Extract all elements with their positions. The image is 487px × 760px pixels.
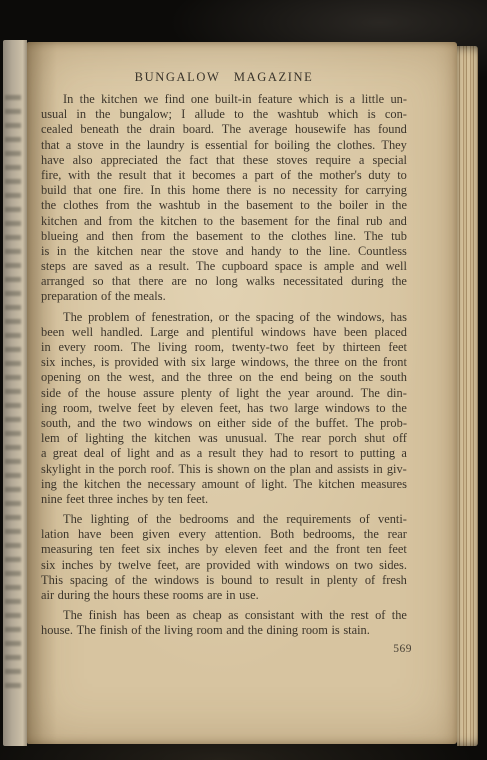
text-line: ninefeetthreeinchesbytenfeet. — [41, 492, 407, 507]
text-line: havealsoappreciatedthefactthatthesestove… — [41, 153, 407, 168]
page-edge-stack — [457, 46, 478, 746]
paragraph: Inthekitchenwefindonebuilt-infeaturewhic… — [41, 92, 407, 305]
text-line: isinthekitchennearthestoveandhandytothel… — [41, 244, 407, 259]
facing-page-strip — [3, 40, 27, 746]
text-line: house.Thefinishofthelivingroomandthedini… — [41, 623, 407, 638]
text-line: thatastoveinthelaundryisessentialforboil… — [41, 138, 407, 153]
text-line: skylightintheporchroof.Thisisshownonthep… — [41, 462, 407, 477]
text-line: sideofthehouseassureplentyoflighttheyear… — [41, 386, 407, 401]
text-line: kitchenandfromthekitchentothebasementfor… — [41, 214, 407, 229]
text-line: openingonthewest,andthethreeontheendbein… — [41, 370, 407, 385]
text-line: ingroom,twelvefeetbyelevenfeet,hastwolar… — [41, 401, 407, 416]
text-line: Thefinishhasbeenascheapasconsistantwitht… — [41, 608, 407, 623]
text-line: ineveryroom.Thelivingroom,twenty-twofeet… — [41, 340, 407, 355]
page-number: 569 — [393, 643, 412, 655]
text-line: measuringtenfeetsixinchesbyelevenfeetand… — [41, 542, 407, 557]
text-line: cealedbeneaththedrainboard.Theaveragehou… — [41, 122, 407, 137]
text-line: sixinches,isprovidedwithsixlargewindows,… — [41, 355, 407, 370]
text-line: stepsaresavedasaresult.Thecupboardspacei… — [41, 259, 407, 274]
text-line: ingthekitchenthenecessaryamountoflight.T… — [41, 477, 407, 492]
facing-page-text-smudges — [5, 95, 21, 695]
text-line: Thelightingofthebedroomsandtherequiremen… — [41, 512, 407, 527]
text-line: Theproblemoffenestration,orthespacingoft… — [41, 310, 407, 325]
text-line: blueingandthenfromthebasementtotheclothe… — [41, 229, 407, 244]
text-line: theclothesfromthewashtubinthebasementtot… — [41, 198, 407, 213]
text-line: south,andthetwowindowsoneithersideoftheb… — [41, 416, 407, 431]
text-line: airduringthehourstheseroomsareinuse. — [41, 588, 407, 603]
text-line: Thisspacingofthewindowsisboundtoresultin… — [41, 573, 407, 588]
magazine-page: BUNGALOW MAGAZINE Inthekitchenwefindoneb… — [27, 42, 457, 744]
text-line: usualinthebungalow;Ialludetothewashtubwh… — [41, 107, 407, 122]
paragraph: Theproblemoffenestration,orthespacingoft… — [41, 310, 407, 507]
text-line: buildthatonefire.Inthishomethereisnonece… — [41, 183, 407, 198]
book-photo-background: BUNGALOW MAGAZINE Inthekitchenwefindoneb… — [0, 0, 487, 760]
text-line: lemoflightingthekitchenwasunusual.Therea… — [41, 431, 407, 446]
page-body: Inthekitchenwefindonebuilt-infeaturewhic… — [41, 92, 407, 644]
text-line: preparationofthemeals. — [41, 289, 407, 304]
text-line: fire,withtheresultthatitbecomesapartofth… — [41, 168, 407, 183]
text-line: arrangedsothattherearenolongwalksnecessi… — [41, 274, 407, 289]
text-line: sixinchesbytwelvefeet,areprovidedwithwin… — [41, 558, 407, 573]
paragraph: Thelightingofthebedroomsandtherequiremen… — [41, 512, 407, 603]
text-line: Inthekitchenwefindonebuilt-infeaturewhic… — [41, 92, 407, 107]
paragraph: Thefinishhasbeenascheapasconsistantwitht… — [41, 608, 407, 638]
text-line: beenwellhandled.Largeandplentifulwindows… — [41, 325, 407, 340]
text-line: lationhavebeengiveneveryattention.Bothbe… — [41, 527, 407, 542]
page-header: BUNGALOW MAGAZINE — [41, 70, 407, 85]
text-line: agreatdealoflightandasaresulttheyhadtore… — [41, 446, 407, 461]
